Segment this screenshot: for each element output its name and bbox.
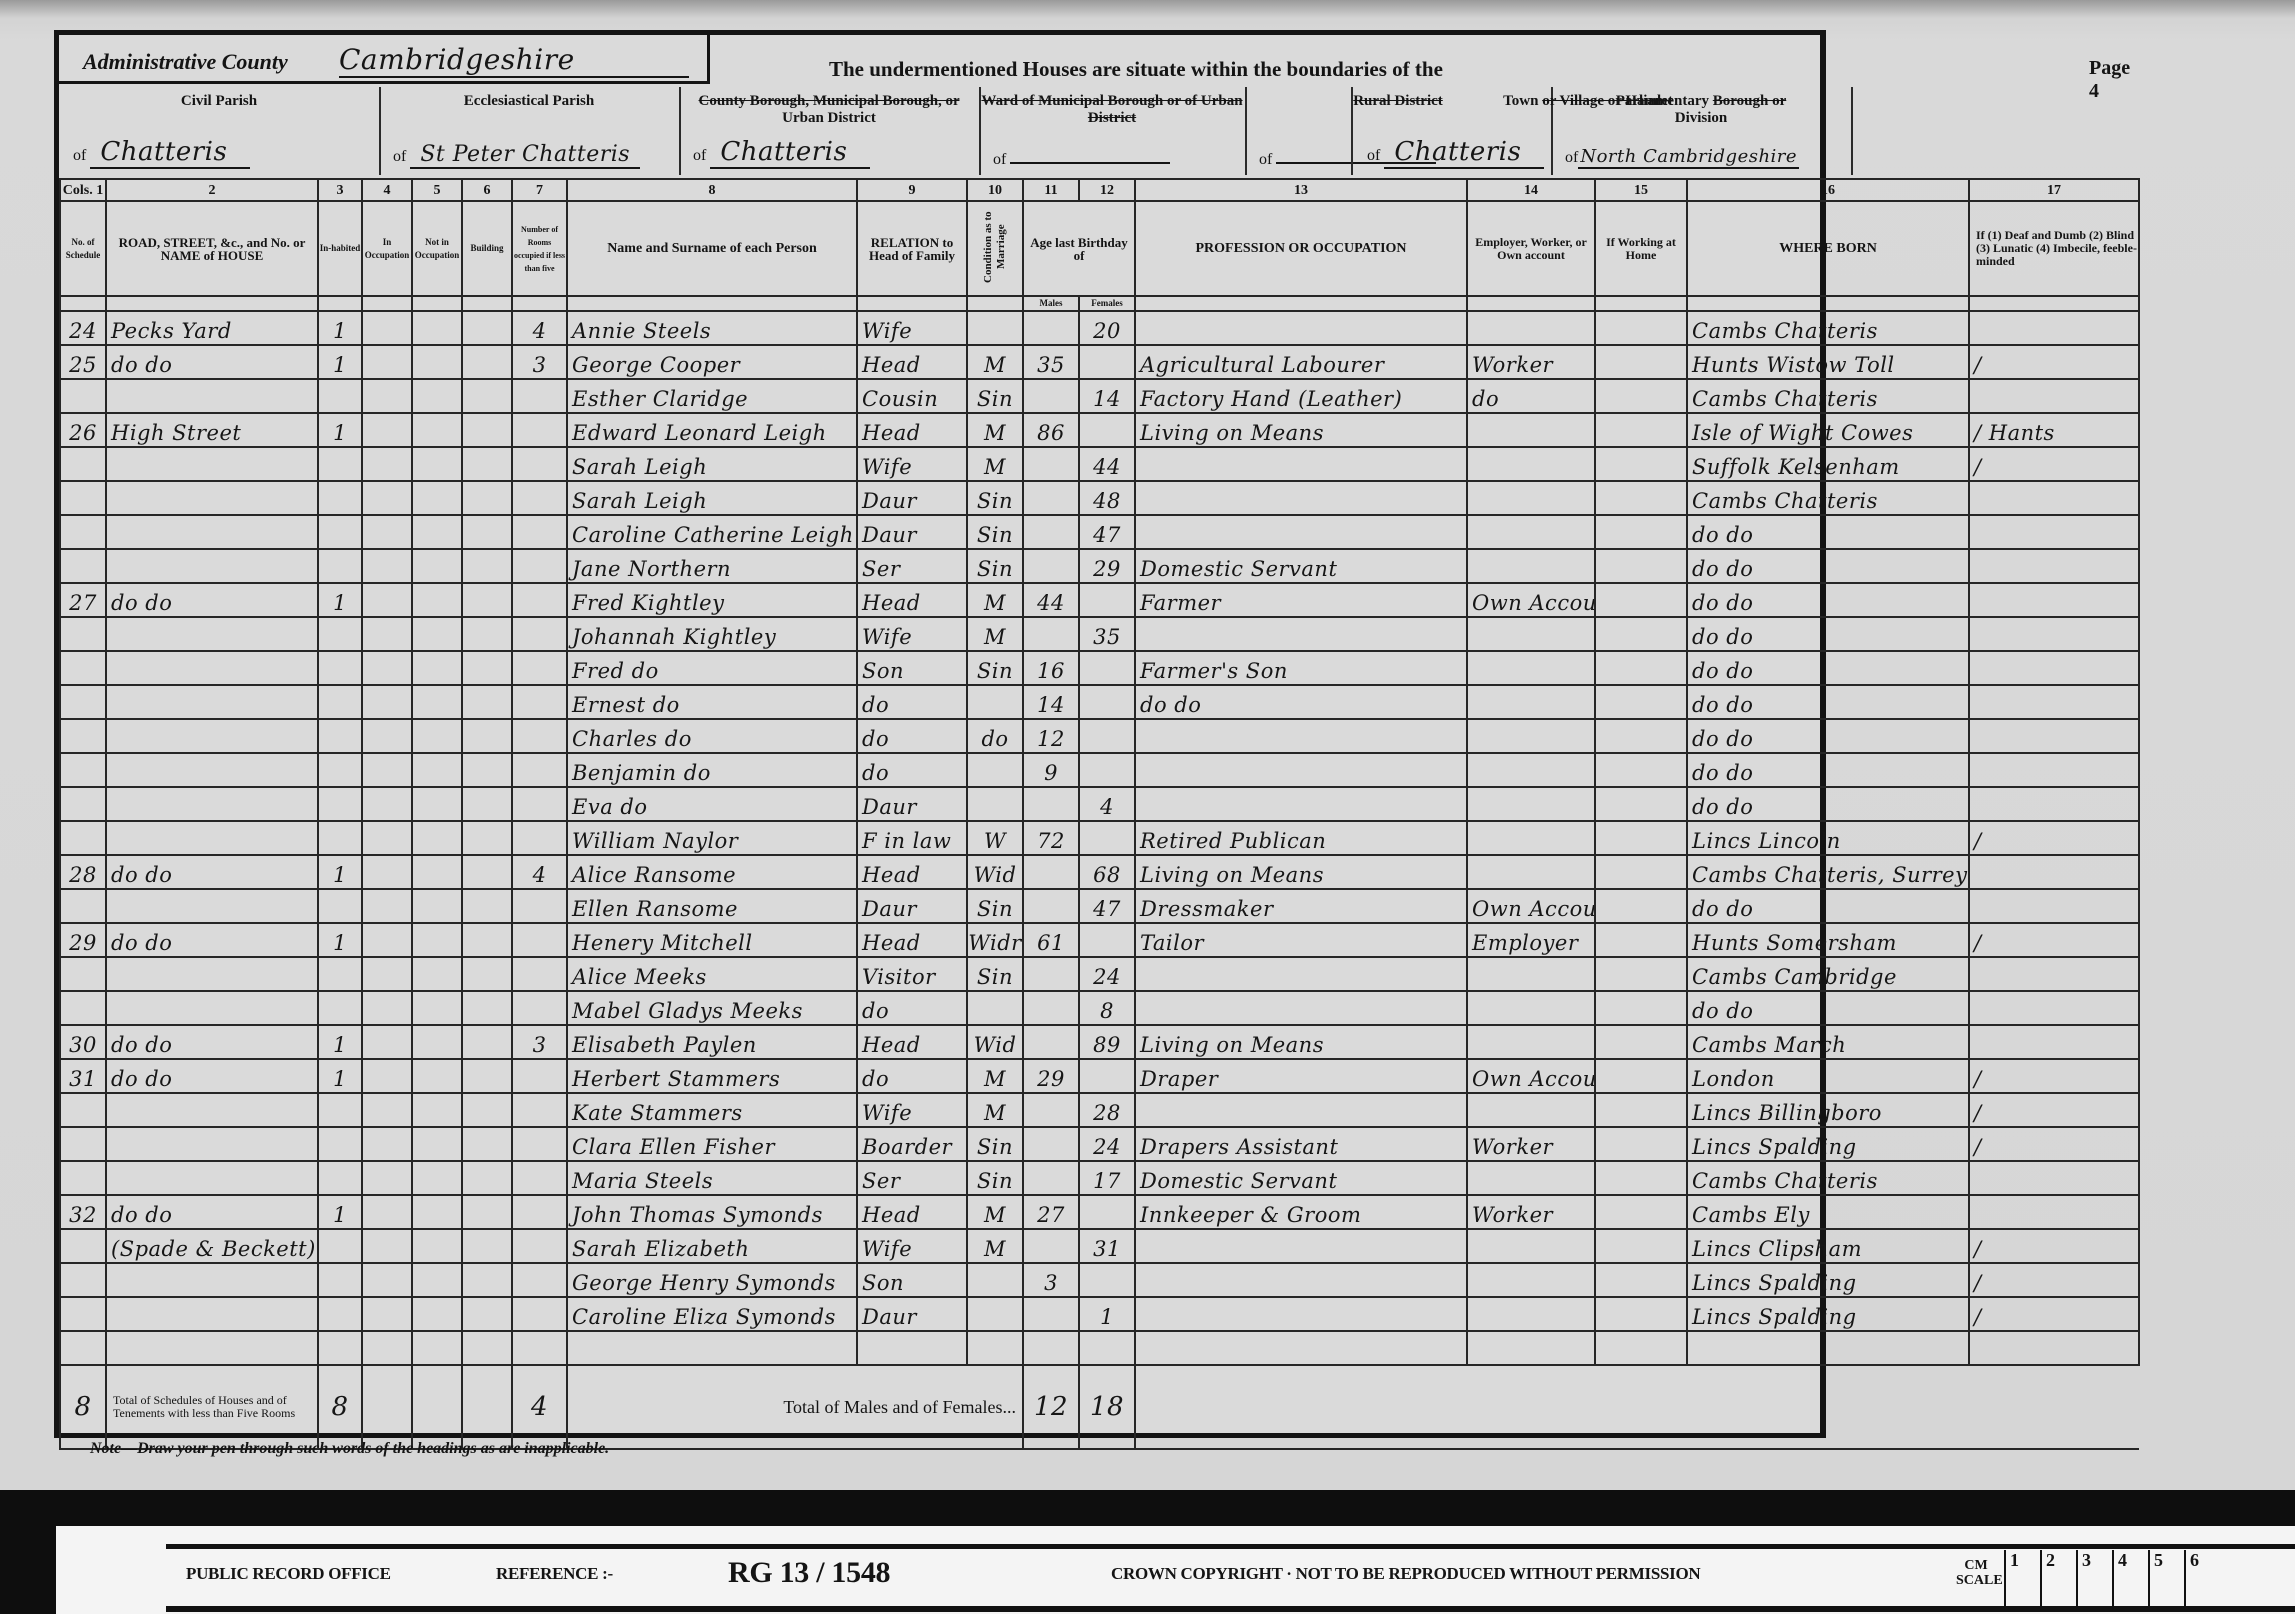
- in-occupation: [362, 413, 412, 447]
- copyright-notice: CROWN COPYRIGHT · NOT TO BE REPRODUCED W…: [1111, 1564, 1700, 1584]
- birthplace: Isle of Wight Cowes: [1687, 413, 1969, 447]
- building: [462, 1059, 512, 1093]
- rooms-count: [512, 549, 567, 583]
- building: [462, 515, 512, 549]
- building: [462, 1127, 512, 1161]
- rooms-count: 3: [512, 1025, 567, 1059]
- occupation: Retired Publican: [1135, 821, 1467, 855]
- schedule-number: [60, 1229, 106, 1263]
- marital-condition: [967, 787, 1023, 821]
- in-occupation: [362, 1263, 412, 1297]
- inhabited-count: 1: [318, 855, 362, 889]
- in-occupation: [362, 821, 412, 855]
- employment-status: Worker: [1467, 345, 1595, 379]
- in-occupation: [362, 1195, 412, 1229]
- relation: do: [857, 1059, 967, 1093]
- not-in-occupation: [412, 1229, 462, 1263]
- occupation: [1135, 617, 1467, 651]
- schedule-number: [60, 753, 106, 787]
- building: [462, 481, 512, 515]
- employment-status: Employer: [1467, 923, 1595, 957]
- table-row: 24Pecks Yard14Annie SteelsWife20Cambs Ch…: [60, 311, 2139, 345]
- marital-condition: Sin: [967, 379, 1023, 413]
- address: [106, 1331, 318, 1365]
- age-female: 68: [1079, 855, 1135, 889]
- building: [462, 753, 512, 787]
- col-born-header: WHERE BORN: [1687, 201, 1969, 296]
- table-row: William NaylorF in lawW72Retired Publica…: [60, 821, 2139, 855]
- age-male: [1023, 1025, 1079, 1059]
- inhabited-count: 1: [318, 311, 362, 345]
- table-row: Sarah LeighDaurSin48Cambs Chatteris: [60, 481, 2139, 515]
- working-at-home: [1595, 447, 1687, 481]
- occupation: [1135, 1093, 1467, 1127]
- age-male: [1023, 1331, 1079, 1365]
- col-females-header: Females: [1079, 296, 1135, 311]
- in-occupation: [362, 583, 412, 617]
- address: do do: [106, 1059, 318, 1093]
- working-at-home: [1595, 923, 1687, 957]
- working-at-home: [1595, 1059, 1687, 1093]
- address: [106, 617, 318, 651]
- in-occupation: [362, 1093, 412, 1127]
- age-male: [1023, 889, 1079, 923]
- address: do do: [106, 855, 318, 889]
- table-row: Alice MeeksVisitorSin24Cambs Cambridge: [60, 957, 2139, 991]
- table-row: Benjamin dodo9do do: [60, 753, 2139, 787]
- inhabited-count: [318, 821, 362, 855]
- working-at-home: [1595, 787, 1687, 821]
- occupation: Agricultural Labourer: [1135, 345, 1467, 379]
- employment-status: Own Account: [1467, 889, 1595, 923]
- building: [462, 991, 512, 1025]
- schedule-number: [60, 549, 106, 583]
- inhabited-count: 1: [318, 413, 362, 447]
- in-occupation: [362, 753, 412, 787]
- marital-condition: Wid: [967, 855, 1023, 889]
- inhabited-count: [318, 549, 362, 583]
- total-schedules: 8: [60, 1365, 106, 1449]
- table-row: (Spade & Beckett)Sarah ElizabethWifeM31L…: [60, 1229, 2139, 1263]
- address: [106, 821, 318, 855]
- address: [106, 1297, 318, 1331]
- in-occupation: [362, 685, 412, 719]
- age-female: [1079, 1331, 1135, 1365]
- relation: Ser: [857, 549, 967, 583]
- archive-footer: PUBLIC RECORD OFFICE REFERENCE :- RG 13 …: [56, 1526, 2295, 1614]
- marital-condition: Widr: [967, 923, 1023, 957]
- birthplace: do do: [1687, 889, 1969, 923]
- occupation: Farmer's Son: [1135, 651, 1467, 685]
- age-female: [1079, 685, 1135, 719]
- table-row: Ellen RansomeDaurSin47DressmakerOwn Acco…: [60, 889, 2139, 923]
- infirmity: [1969, 889, 2139, 923]
- not-in-occupation: [412, 651, 462, 685]
- admin-county-label: Administrative County: [83, 49, 288, 75]
- building: [462, 1093, 512, 1127]
- age-male: [1023, 379, 1079, 413]
- rooms-count: [512, 413, 567, 447]
- relation: Daur: [857, 889, 967, 923]
- infirmity: [1969, 583, 2139, 617]
- building: [462, 1195, 512, 1229]
- person-name: Ellen Ransome: [567, 889, 857, 923]
- address: [106, 651, 318, 685]
- address: [106, 753, 318, 787]
- occupation: [1135, 311, 1467, 345]
- rooms-count: [512, 481, 567, 515]
- inhabited-count: [318, 787, 362, 821]
- schedule-number: 31: [60, 1059, 106, 1093]
- rooms-count: [512, 1331, 567, 1365]
- address: (Spade & Beckett): [106, 1229, 318, 1263]
- occupation: [1135, 787, 1467, 821]
- age-male: [1023, 447, 1079, 481]
- urban-district: County Borough, Municipal Borough, or Ur…: [679, 87, 981, 175]
- infirmity: [1969, 1331, 2139, 1365]
- birthplace: Cambs Chatteris: [1687, 379, 1969, 413]
- civil-parish-value: Chatteris: [90, 137, 250, 169]
- table-row: Maria SteelsSerSin17Domestic ServantCamb…: [60, 1161, 2139, 1195]
- in-occupation: [362, 515, 412, 549]
- not-in-occupation: [412, 1093, 462, 1127]
- cm-scale: CM SCALE 1 2 3 4 5 6: [1956, 1550, 2220, 1606]
- not-in-occupation: [412, 1161, 462, 1195]
- infirmity: [1969, 549, 2139, 583]
- age-female: 29: [1079, 549, 1135, 583]
- building: [462, 651, 512, 685]
- address: [106, 719, 318, 753]
- infirmity: / Hants: [1969, 413, 2139, 447]
- marital-condition: [967, 1331, 1023, 1365]
- inhabited-count: [318, 1331, 362, 1365]
- table-row: Esther ClaridgeCousinSin14Factory Hand (…: [60, 379, 2139, 413]
- infirmity: [1969, 1025, 2139, 1059]
- census-table: Cols. 1234567 89101112 1314151617 No. of…: [59, 178, 2140, 1450]
- age-female: 17: [1079, 1161, 1135, 1195]
- person-name: Sarah Elizabeth: [567, 1229, 857, 1263]
- age-female: 48: [1079, 481, 1135, 515]
- relation: Head: [857, 413, 967, 447]
- marital-condition: Sin: [967, 889, 1023, 923]
- inhabited-count: [318, 651, 362, 685]
- address: [106, 889, 318, 923]
- working-at-home: [1595, 1093, 1687, 1127]
- relation: Wife: [857, 1229, 967, 1263]
- not-in-occupation: [412, 821, 462, 855]
- employment-status: [1467, 651, 1595, 685]
- occupation: Innkeeper & Groom: [1135, 1195, 1467, 1229]
- person-name: Fred do: [567, 651, 857, 685]
- age-female: 14: [1079, 379, 1135, 413]
- birthplace: do do: [1687, 991, 1969, 1025]
- rooms-count: [512, 1297, 567, 1331]
- total-label: Total of Males and of Females...: [567, 1365, 1023, 1449]
- rooms-count: [512, 719, 567, 753]
- schedule-number: 32: [60, 1195, 106, 1229]
- age-male: [1023, 311, 1079, 345]
- building: [462, 957, 512, 991]
- schedule-number: [60, 719, 106, 753]
- relation: Wife: [857, 447, 967, 481]
- col-males-header: Males: [1023, 296, 1079, 311]
- col-in-occupation-header: In Occupation: [362, 201, 412, 296]
- age-male: 27: [1023, 1195, 1079, 1229]
- ecclesiastical-parish: Ecclesiastical Parish of St Peter Chatte…: [379, 87, 681, 175]
- birthplace: do do: [1687, 719, 1969, 753]
- person-name: Herbert Stammers: [567, 1059, 857, 1093]
- person-name: Kate Stammers: [567, 1093, 857, 1127]
- infirmity: /: [1969, 923, 2139, 957]
- table-row: 29do do1Henery MitchellHeadWidr61TailorE…: [60, 923, 2139, 957]
- table-row: 25do do13George CooperHeadM35Agricultura…: [60, 345, 2139, 379]
- rooms-count: [512, 1263, 567, 1297]
- age-male: [1023, 617, 1079, 651]
- age-male: [1023, 855, 1079, 889]
- building: [462, 685, 512, 719]
- age-female: [1079, 719, 1135, 753]
- inhabited-count: [318, 685, 362, 719]
- infirmity: /: [1969, 1263, 2139, 1297]
- marital-condition: Sin: [967, 549, 1023, 583]
- infirmity: [1969, 515, 2139, 549]
- infirmity: [1969, 685, 2139, 719]
- schedule-number: [60, 617, 106, 651]
- inhabited-count: [318, 1161, 362, 1195]
- age-male: 16: [1023, 651, 1079, 685]
- not-in-occupation: [412, 1263, 462, 1297]
- marital-condition: M: [967, 1093, 1023, 1127]
- infirmity: /: [1969, 1229, 2139, 1263]
- table-row: 27do do1Fred KightleyHeadM44FarmerOwn Ac…: [60, 583, 2139, 617]
- person-name: Jane Northern: [567, 549, 857, 583]
- rooms-count: [512, 1127, 567, 1161]
- occupation: [1135, 515, 1467, 549]
- birthplace: Cambs Cambridge: [1687, 957, 1969, 991]
- marital-condition: M: [967, 413, 1023, 447]
- occupation: Tailor: [1135, 923, 1467, 957]
- infirmity: [1969, 957, 2139, 991]
- employment-status: [1467, 991, 1595, 1025]
- in-occupation: [362, 549, 412, 583]
- marital-condition: do: [967, 719, 1023, 753]
- in-occupation: [362, 1229, 412, 1263]
- relation: do: [857, 753, 967, 787]
- table-row: Clara Ellen FisherBoarderSin24Drapers As…: [60, 1127, 2139, 1161]
- working-at-home: [1595, 515, 1687, 549]
- not-in-occupation: [412, 1297, 462, 1331]
- page-number: Page 4: [2089, 57, 2130, 103]
- building: [462, 1297, 512, 1331]
- age-male: 44: [1023, 583, 1079, 617]
- person-name: William Naylor: [567, 821, 857, 855]
- rooms-count: [512, 889, 567, 923]
- address: [106, 481, 318, 515]
- in-occupation: [362, 1297, 412, 1331]
- person-name: Ernest do: [567, 685, 857, 719]
- address: [106, 1263, 318, 1297]
- not-in-occupation: [412, 1025, 462, 1059]
- employment-status: [1467, 447, 1595, 481]
- schedule-number: [60, 481, 106, 515]
- schedule-number: [60, 787, 106, 821]
- not-in-occupation: [412, 311, 462, 345]
- age-female: [1079, 753, 1135, 787]
- table-row: Eva doDaur4do do: [60, 787, 2139, 821]
- person-name: George Henry Symonds: [567, 1263, 857, 1297]
- col-building-header: Building: [462, 201, 512, 296]
- marital-condition: [967, 1297, 1023, 1331]
- marital-condition: M: [967, 583, 1023, 617]
- age-male: [1023, 787, 1079, 821]
- age-female: 47: [1079, 515, 1135, 549]
- birthplace: Cambs Chatteris, Surrey Row: [1687, 855, 1969, 889]
- infirmity: [1969, 379, 2139, 413]
- infirmity: [1969, 1195, 2139, 1229]
- infirmity: /: [1969, 345, 2139, 379]
- age-male: [1023, 1093, 1079, 1127]
- employment-status: [1467, 685, 1595, 719]
- age-male: [1023, 957, 1079, 991]
- age-male: 72: [1023, 821, 1079, 855]
- infirmity: /: [1969, 447, 2139, 481]
- age-male: [1023, 515, 1079, 549]
- working-at-home: [1595, 311, 1687, 345]
- form-note: Note—Draw your pen through such words of…: [90, 1440, 609, 1458]
- inhabited-count: [318, 447, 362, 481]
- occupation: [1135, 957, 1467, 991]
- not-in-occupation: [412, 447, 462, 481]
- building: [462, 855, 512, 889]
- working-at-home: [1595, 957, 1687, 991]
- schedule-number: [60, 1263, 106, 1297]
- age-male: [1023, 481, 1079, 515]
- not-in-occupation: [412, 617, 462, 651]
- relation: Head: [857, 583, 967, 617]
- age-female: 89: [1079, 1025, 1135, 1059]
- rooms-count: [512, 685, 567, 719]
- relation: do: [857, 685, 967, 719]
- in-occupation: [362, 651, 412, 685]
- age-female: [1079, 1263, 1135, 1297]
- person-name: Annie Steels: [567, 311, 857, 345]
- total-inhabited: 8: [318, 1365, 362, 1449]
- building: [462, 1331, 512, 1365]
- in-occupation: [362, 991, 412, 1025]
- age-male: [1023, 549, 1079, 583]
- address: [106, 957, 318, 991]
- schedule-number: 28: [60, 855, 106, 889]
- employment-status: Own Account: [1467, 583, 1595, 617]
- inhabited-count: [318, 481, 362, 515]
- birthplace: Lincs Clipsham: [1687, 1229, 1969, 1263]
- relation: Daur: [857, 515, 967, 549]
- not-in-occupation: [412, 957, 462, 991]
- rooms-count: [512, 1093, 567, 1127]
- schedule-number: [60, 1093, 106, 1127]
- person-name: Elisabeth Paylen: [567, 1025, 857, 1059]
- rooms-count: 4: [512, 855, 567, 889]
- infirmity: [1969, 617, 2139, 651]
- not-in-occupation: [412, 889, 462, 923]
- in-occupation: [362, 889, 412, 923]
- address: do do: [106, 1025, 318, 1059]
- reference-label: REFERENCE :-: [496, 1564, 613, 1584]
- infirmity: /: [1969, 821, 2139, 855]
- record-office: PUBLIC RECORD OFFICE: [186, 1564, 391, 1584]
- schedule-number: [60, 1161, 106, 1195]
- birthplace: do do: [1687, 583, 1969, 617]
- relation: Son: [857, 1263, 967, 1297]
- infirmity: /: [1969, 1127, 2139, 1161]
- in-occupation: [362, 957, 412, 991]
- in-occupation: [362, 1059, 412, 1093]
- marital-condition: Sin: [967, 481, 1023, 515]
- person-name: Maria Steels: [567, 1161, 857, 1195]
- working-at-home: [1595, 821, 1687, 855]
- relation: do: [857, 719, 967, 753]
- birthplace: Lincs Spalding: [1687, 1297, 1969, 1331]
- not-in-occupation: [412, 719, 462, 753]
- birthplace: do do: [1687, 617, 1969, 651]
- relation: Head: [857, 855, 967, 889]
- table-row: Sarah LeighWifeM44Suffolk Kelsenham/: [60, 447, 2139, 481]
- employment-status: Own Account: [1467, 1059, 1595, 1093]
- person-name: Sarah Leigh: [567, 481, 857, 515]
- schedule-number: [60, 447, 106, 481]
- not-in-occupation: [412, 379, 462, 413]
- birthplace: [1687, 1331, 1969, 1365]
- ward: Ward of Municipal Borough or of Urban Di…: [979, 87, 1247, 175]
- address: [106, 1161, 318, 1195]
- age-male: [1023, 991, 1079, 1025]
- age-female: 20: [1079, 311, 1135, 345]
- employment-status: [1467, 413, 1595, 447]
- birthplace: do do: [1687, 549, 1969, 583]
- relation: Ser: [857, 1161, 967, 1195]
- relation: F in law: [857, 821, 967, 855]
- building: [462, 1161, 512, 1195]
- relation: Boarder: [857, 1127, 967, 1161]
- age-female: [1079, 651, 1135, 685]
- table-row: Jane NorthernSerSin29Domestic Servantdo …: [60, 549, 2139, 583]
- age-male: 3: [1023, 1263, 1079, 1297]
- inhabited-count: [318, 515, 362, 549]
- working-at-home: [1595, 1263, 1687, 1297]
- address: [106, 991, 318, 1025]
- occupation: [1135, 991, 1467, 1025]
- working-at-home: [1595, 753, 1687, 787]
- inhabited-count: [318, 753, 362, 787]
- admin-county-box: Administrative County Cambridgeshire: [59, 35, 710, 84]
- employment-status: [1467, 719, 1595, 753]
- not-in-occupation: [412, 1331, 462, 1365]
- address: [106, 1093, 318, 1127]
- employment-status: [1467, 1297, 1595, 1331]
- person-name: Clara Ellen Fisher: [567, 1127, 857, 1161]
- not-in-occupation: [412, 481, 462, 515]
- marital-condition: M: [967, 447, 1023, 481]
- address: Pecks Yard: [106, 311, 318, 345]
- table-row: Charles dododo12do do: [60, 719, 2139, 753]
- employment-status: [1467, 311, 1595, 345]
- in-occupation: [362, 855, 412, 889]
- age-female: 24: [1079, 1127, 1135, 1161]
- employment-status: [1467, 617, 1595, 651]
- occupation: Drapers Assistant: [1135, 1127, 1467, 1161]
- person-name: Esther Claridge: [567, 379, 857, 413]
- occupation: [1135, 1229, 1467, 1263]
